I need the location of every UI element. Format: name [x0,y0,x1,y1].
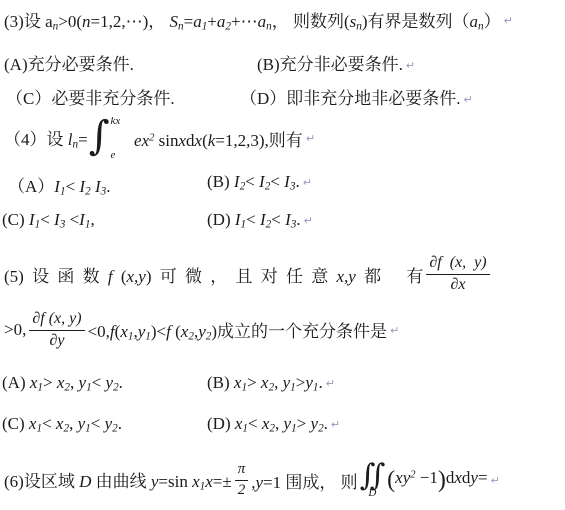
q4-option-a: （A）I1< I2 I3. [8,172,110,198]
paragraph-mark-icon: ↵ [306,132,315,145]
fraction-denominator: 2 [238,481,246,500]
fraction-denominator: ∂y [49,331,64,351]
q4-stem-suffix: ex2 sinxdx(k=1,2,3),则有 [121,126,303,151]
q5-stem-line2-pre: >0, [4,320,26,340]
fraction-denominator: ∂x [450,275,465,295]
q5-stem-line1-text: (5) 设 函 数 f (x,y) 可 微 ， 且 对 任 意 x,y 都 有 [4,262,423,287]
q5-options-row-1: (A) x1> x2, y1< y2. (B) x1> x2, y1>y1.↵ [0,373,565,401]
q5-option-d-text: (D) x1< x2, y1> y2. [207,414,328,433]
q5-option-b-text: (B) x1> x2, y1>y1. [207,373,323,392]
paragraph-mark-icon: ↵ [464,93,473,106]
q3-option-d-text: （D）即非充分地非必要条件. [240,89,461,108]
q4-option-a-text: （A）I1< I2 I3. [8,177,110,196]
q3-stem: (3)设 an>0(n=1,2,⋯)， Sn=a1+a2+⋯an， 则数列(sn… [4,6,513,34]
q4-option-c-text: (C) I1< I3 <I1, [2,210,95,229]
q3-option-c: （C）必要非充分条件. [6,84,175,109]
integral-upper-limit: kx [111,115,121,127]
q5-options-row-2: (C) x1< x2, y1< y2. (D) x1< x2, y1> y2.↵ [0,414,565,442]
q5-option-a-text: (A) x1> x2, y1< y2. [2,373,123,392]
partial-derivative-y-fraction: ∂f (x, y) ∂y [29,310,84,351]
q5-stem-line2: >0, ∂f (x, y) ∂y <0,f(x1,y1)<f (x2,y2)成立… [4,305,399,355]
q5-option-d: (D) x1< x2, y1> y2.↵ [207,414,340,435]
paragraph-mark-icon: ↵ [504,14,513,27]
q4-option-b: (B) I2< I2< I3.↵ [207,172,312,193]
paragraph-mark-icon: ↵ [304,214,313,227]
integral-lower-limit: e [111,149,121,161]
q4-options-row-1: （A）I1< I2 I3. (B) I2< I2< I3.↵ [0,172,565,200]
q4-option-d: (D) I1< I2< I3.↵ [207,210,313,231]
q3-option-c-text: （C）必要非充分条件. [6,89,175,108]
integral-limits: kx e [111,115,121,161]
q3-option-a: (A)充分必要条件. [4,50,134,75]
q5-option-c-text: (C) x1< x2, y1< y2. [2,414,122,433]
q6-stem-pre: (6)设区域 D 由曲线 y=sin x1x=± [4,467,232,493]
q5-stem-line2-post: <0,f(x1,y1)<f (x2,y2)成立的一个充分条件是 [88,317,387,343]
fraction-numerator: ∂f (x, y) [29,310,84,331]
q3-option-b-text: (B)充分非必要条件. [257,55,403,74]
fraction-numerator: ∂f (x, y) [426,254,489,275]
q5-stem-line1: (5) 设 函 数 f (x,y) 可 微 ， 且 对 任 意 x,y 都 有 … [4,248,493,300]
q6-integrand: (xy2 −1)dxdy= [387,468,487,492]
paragraph-mark-icon: ↵ [326,377,335,390]
paragraph-mark-icon: ↵ [491,474,500,487]
integral-glyph-icon: ∫ [89,116,110,156]
q3-option-a-text: (A)充分必要条件. [4,55,134,74]
q3-options-row-2: （C）必要非充分条件. （D）即非充分地非必要条件.↵ [0,84,565,112]
q5-option-a: (A) x1> x2, y1< y2. [2,373,123,394]
partial-derivative-x-fraction: ∂f (x, y) ∂x [426,254,489,295]
document-page[interactable]: (3)设 an>0(n=1,2,⋯)， Sn=a1+a2+⋯an， 则数列(sn… [0,0,565,510]
fraction-numerator: π [235,461,249,481]
q5-option-c: (C) x1< x2, y1< y2. [2,414,122,435]
q6-stem: (6)设区域 D 由曲线 y=sin x1x=± π 2 ,y=1 围成， 则 … [4,452,500,508]
integral-symbol: ∫ kx e [89,115,121,161]
q3-option-b: (B)充分非必要条件.↵ [257,50,415,75]
q3-options-row-1: (A)充分必要条件. (B)充分非必要条件.↵ [0,50,565,78]
pi-over-two-fraction: π 2 [235,461,249,499]
q5-option-b: (B) x1> x2, y1>y1.↵ [207,373,335,394]
paragraph-mark-icon: ↵ [406,59,415,72]
q3-option-d: （D）即非充分地非必要条件.↵ [240,84,473,109]
q4-options-row-2: (C) I1< I3 <I1, (D) I1< I2< I3.↵ [0,210,565,238]
q4-option-b-text: (B) I2< I2< I3. [207,172,300,191]
double-integral-symbol: ∬ D [360,461,386,499]
paragraph-mark-icon: ↵ [303,176,312,189]
integral-region-label: D [368,488,376,499]
q6-stem-mid: ,y=1 围成， 则 [251,468,357,493]
paragraph-mark-icon: ↵ [390,324,399,337]
q4-stem-prefix: （4）设 ln= [4,125,88,151]
paragraph-mark-icon: ↵ [331,418,340,431]
q4-stem: （4）设 ln= ∫ kx e ex2 sinxdx(k=1,2,3),则有 ↵ [4,113,315,163]
q4-option-c: (C) I1< I3 <I1, [2,210,95,231]
q3-stem-text: (3)设 an>0(n=1,2,⋯)， Sn=a1+a2+⋯an， 则数列(sn… [4,7,501,33]
q4-option-d-text: (D) I1< I2< I3. [207,210,301,229]
